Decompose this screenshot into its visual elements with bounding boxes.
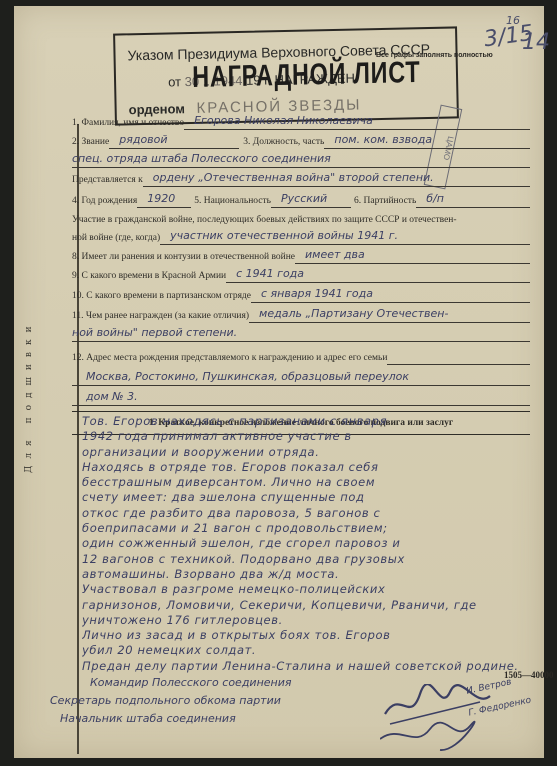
field-birth-nationality-party: 4. Год рождения 1920 5. Национальность Р… — [72, 190, 530, 208]
narrative: Тов. Егоров находясь с партизанами с янв… — [82, 414, 522, 674]
field-rank-position: 2. Звание рядовой 3. Должность, часть по… — [72, 131, 530, 149]
field-war-participation-label: Участие в гражданской войне, последующих… — [72, 209, 530, 227]
narrative-line: Предан делу партии Ленина-Сталина и наше… — [82, 659, 522, 674]
field-previous-awards: 11. Чем ранее награжден (за какие отличи… — [72, 305, 530, 323]
narrative-line: откос где разбито два паровоза, 5 вагоно… — [82, 506, 522, 521]
archive-mark: 16 — [506, 14, 520, 27]
signature-role: Начальник штаба соединения — [60, 712, 236, 725]
field-address-cont: дом № 3. — [72, 388, 530, 406]
field-address-label: 12. Адрес места рождения представляемого… — [72, 347, 530, 365]
field-unit: спец. отряда штаба Полесского соединения — [72, 150, 530, 168]
print-mark: 1505—40000 — [504, 670, 554, 680]
field-partisan-since: 10. С какого времени в партизанском отря… — [72, 285, 530, 303]
header-note: Все графы заполнять полностью — [376, 52, 493, 59]
narrative-line: счету имеет: два эшелона спущенные под — [82, 490, 522, 505]
narrative-line: уничтожено 176 гитлеровцев. — [82, 613, 522, 628]
date-prefix: от — [168, 74, 181, 89]
field-address: Москва, Ростокино, Пушкинская, образцовы… — [72, 368, 530, 386]
narrative-line: автомашины. Взорвано два ж/д моста. — [82, 567, 522, 582]
narrative-line: организации и вооружении отряда. — [82, 445, 522, 460]
field-name: 1. Фамилия, имя и отчество Егорова Никол… — [72, 112, 530, 130]
side-label: Для подшивки — [24, 276, 44, 516]
narrative-line: Находясь в отряде тов. Егоров показал се… — [82, 460, 522, 475]
signature-role: Командир Полесского соединения — [90, 676, 292, 689]
narrative-line: бесстрашным диверсантом. Лично на своем — [82, 475, 522, 490]
field-wounds: 8. Имеет ли ранения и контузии в отечест… — [72, 246, 530, 264]
narrative-line: боеприпасами и 21 вагон с продовольствие… — [82, 521, 522, 536]
narrative-line: Участвовал в разгроме немецко-полицейски… — [82, 582, 522, 597]
narrative-line: один сожженный эшелон, где сгорел парово… — [82, 536, 522, 551]
field-previous-awards-cont: ной войны" первой степени. — [72, 324, 530, 342]
signature-scribble — [380, 684, 500, 754]
field-war-participation: ной войне (где, когда) участник отечеств… — [72, 227, 530, 245]
divider — [72, 411, 530, 412]
field-nominated-for: Представляется к ордену „Отечественная в… — [72, 169, 530, 187]
document-title: НАГРАДНОЙ ЛИСТ — [192, 56, 421, 95]
archive-mark: 14 — [522, 30, 550, 55]
narrative-line: Лично из засад и в открытых боях тов. Ег… — [82, 628, 522, 643]
narrative-line: 12 вагонов с техникой. Подорвано два гру… — [82, 552, 522, 567]
narrative-line: гарнизонов, Ломовичи, Секеричи, Копцевич… — [82, 598, 522, 613]
field-red-army-since: 9. С какого времени в Красной Армии с 19… — [72, 265, 530, 283]
signature-role: Секретарь подпольного обкома партии — [50, 694, 281, 707]
narrative-line: убил 20 немецких солдат. — [82, 643, 522, 658]
narrative-line: Тов. Егоров находясь с партизанами с янв… — [82, 414, 522, 429]
narrative-line: 1942 года принимал активное участие в — [82, 429, 522, 444]
